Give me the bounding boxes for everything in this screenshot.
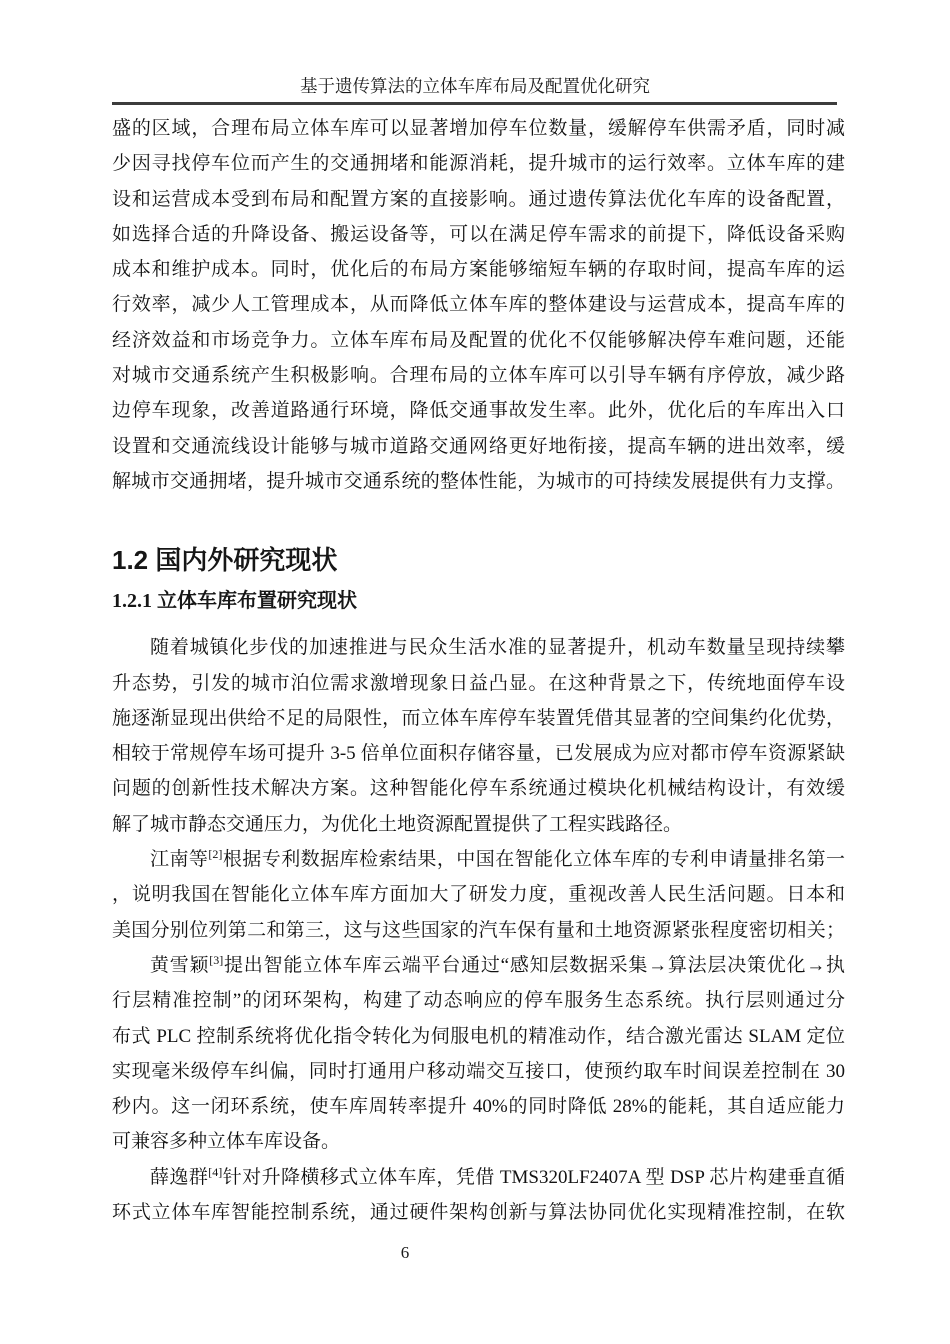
paragraph-line: 随着城镇化步伐的加速推进与民众生活水准的显著提升，机动车数量呈现持续攀 [112,630,845,665]
paragraph-line: 解城市交通拥堵，提升城市交通系统的整体性能，为城市的可持续发展提供有力支撑。 [112,464,845,499]
paragraph-line: 布式 PLC 控制系统将优化指令转化为伺服电机的精准动作，结合激光雷达 SLAM… [112,1019,845,1054]
subsection-heading: 1.2.1 立体车库布置研究现状 [112,587,845,615]
paragraph-line: 行效率，减少人工管理成本，从而降低立体车库的整体建设与运营成本，提高车库的 [112,287,845,322]
paragraph-line: 行层精准控制”的闭环架构，构建了动态响应的停车服务生态系统。执行层则通过分 [112,983,845,1018]
document-page: 基于遗传算法的立体车库布局及配置优化研究 盛的区域，合理布局立体车库可以显著增加… [0,0,950,1344]
citation-ref-2: [2] [208,847,222,861]
line-text: 针对升降横移式立体车库，凭借 TMS320LF2407A 型 DSP 芯片构建垂… [222,1167,845,1188]
paragraph-line: 边停车现象，改善道路通行环境，降低交通事故发生率。此外，优化后的车库出入口 [112,393,845,428]
paragraph-line: 问题的创新性技术解决方案。这种智能化停车系统通过模块化机械结构设计，有效缓 [112,771,845,806]
citation-ref-3: [3] [209,953,223,967]
author-name: 薛逸群 [150,1167,208,1188]
page-body: 盛的区域，合理布局立体车库可以显著增加停车位数量，缓解停车供需矛盾，同时减 少因… [112,111,845,1230]
paragraph-line: 解了城市静态交通压力，为优化土地资源配置提供了工程实践路径。 [112,807,845,842]
paragraph-line: 薛逸群[4]针对升降横移式立体车库，凭借 TMS320LF2407A 型 DSP… [112,1160,845,1195]
paragraph-line: 少因寻找停车位而产生的交通拥堵和能源消耗，提升城市的运行效率。立体车库的建 [112,146,845,181]
author-name: 江南等 [150,849,208,870]
paragraph-line: 设置和交通流线设计能够与城市道路交通网络更好地衔接，提高车辆的进出效率，缓 [112,429,845,464]
paragraph-line: 施逐渐显现出供给不足的局限性，而立体车库停车装置凭借其显著的空间集约化优势， [112,701,845,736]
author-name: 黄雪颖 [150,955,209,976]
paragraph-line: 成本和维护成本。同时，优化后的布局方案能够缩短车辆的存取时间，提高车库的运 [112,252,845,287]
paragraph-line: ，说明我国在智能化立体车库方面加大了研发力度，重视改善人民生活问题。日本和 [112,877,845,912]
paragraph-continued: 盛的区域，合理布局立体车库可以显著增加停车位数量，缓解停车供需矛盾，同时减 少因… [112,111,845,499]
paragraph-urbanization: 随着城镇化步伐的加速推进与民众生活水准的显著提升，机动车数量呈现持续攀 升态势，… [112,630,845,842]
paragraph-line: 升态势，引发的城市泊位需求激增现象日益凸显。在这种背景之下，传统地面停车设 [112,666,845,701]
paragraph-line: 秒内。这一闭环系统，使车库周转率提升 40%的同时降低 28%的能耗，其自适应能… [112,1089,845,1124]
paragraph-line: 环式立体车库智能控制系统，通过硬件架构创新与算法协同优化实现精准控制，在软 [112,1195,845,1230]
paragraph-line: 实现毫米级停车纠偏，同时打通用户移动端交互接口，使预约取车时间误差控制在 30 [112,1054,845,1089]
paragraph-line: 设和运营成本受到布局和配置方案的直接影响。通过遗传算法优化车库的设备配置， [112,182,845,217]
citation-ref-4: [4] [208,1165,222,1179]
running-header-title: 基于遗传算法的立体车库布局及配置优化研究 [0,75,950,97]
paragraph-jiangnan-citation: 江南等[2]根据专利数据库检索结果，中国在智能化立体车库的专利申请量排名第一 ，… [112,842,845,948]
line-text: 根据专利数据库检索结果，中国在智能化立体车库的专利申请量排名第一 [222,849,845,870]
section-heading: 1.2 国内外研究现状 [112,540,845,580]
paragraph-line: 经济效益和市场竞争力。立体车库布局及配置的优化不仅能够解决停车难问题，还能 [112,323,845,358]
paragraph-line: 相较于常规停车场可提升 3-5 倍单位面积存储容量，已发展成为应对都市停车资源紧… [112,736,845,771]
paragraph-line: 盛的区域，合理布局立体车库可以显著增加停车位数量，缓解停车供需矛盾，同时减 [112,111,845,146]
paragraph-line: 可兼容多种立体车库设备。 [112,1124,845,1159]
paragraph-line: 江南等[2]根据专利数据库检索结果，中国在智能化立体车库的专利申请量排名第一 [112,842,845,877]
paragraph-line: 美国分别位列第二和第三，这与这些国家的汽车保有量和土地资源紧张程度密切相关； [112,913,845,948]
paragraph-line: 黄雪颖[3]提出智能立体车库云端平台通过“感知层数据采集→算法层决策优化→执 [112,948,845,983]
paragraph-line: 对城市交通系统产生积极影响。合理布局的立体车库可以引导车辆有序停放，减少路 [112,358,845,393]
paragraph-huangxueying-citation: 黄雪颖[3]提出智能立体车库云端平台通过“感知层数据采集→算法层决策优化→执 行… [112,948,845,1160]
paragraph-xueyiqun-citation: 薛逸群[4]针对升降横移式立体车库，凭借 TMS320LF2407A 型 DSP… [112,1160,845,1231]
header-rule [112,102,837,105]
page-number: 6 [330,1243,480,1263]
line-text: 提出智能立体车库云端平台通过“感知层数据采集→算法层决策优化→执 [223,955,845,976]
paragraph-line: 如选择合适的升降设备、搬运设备等，可以在满足停车需求的前提下，降低设备采购 [112,217,845,252]
